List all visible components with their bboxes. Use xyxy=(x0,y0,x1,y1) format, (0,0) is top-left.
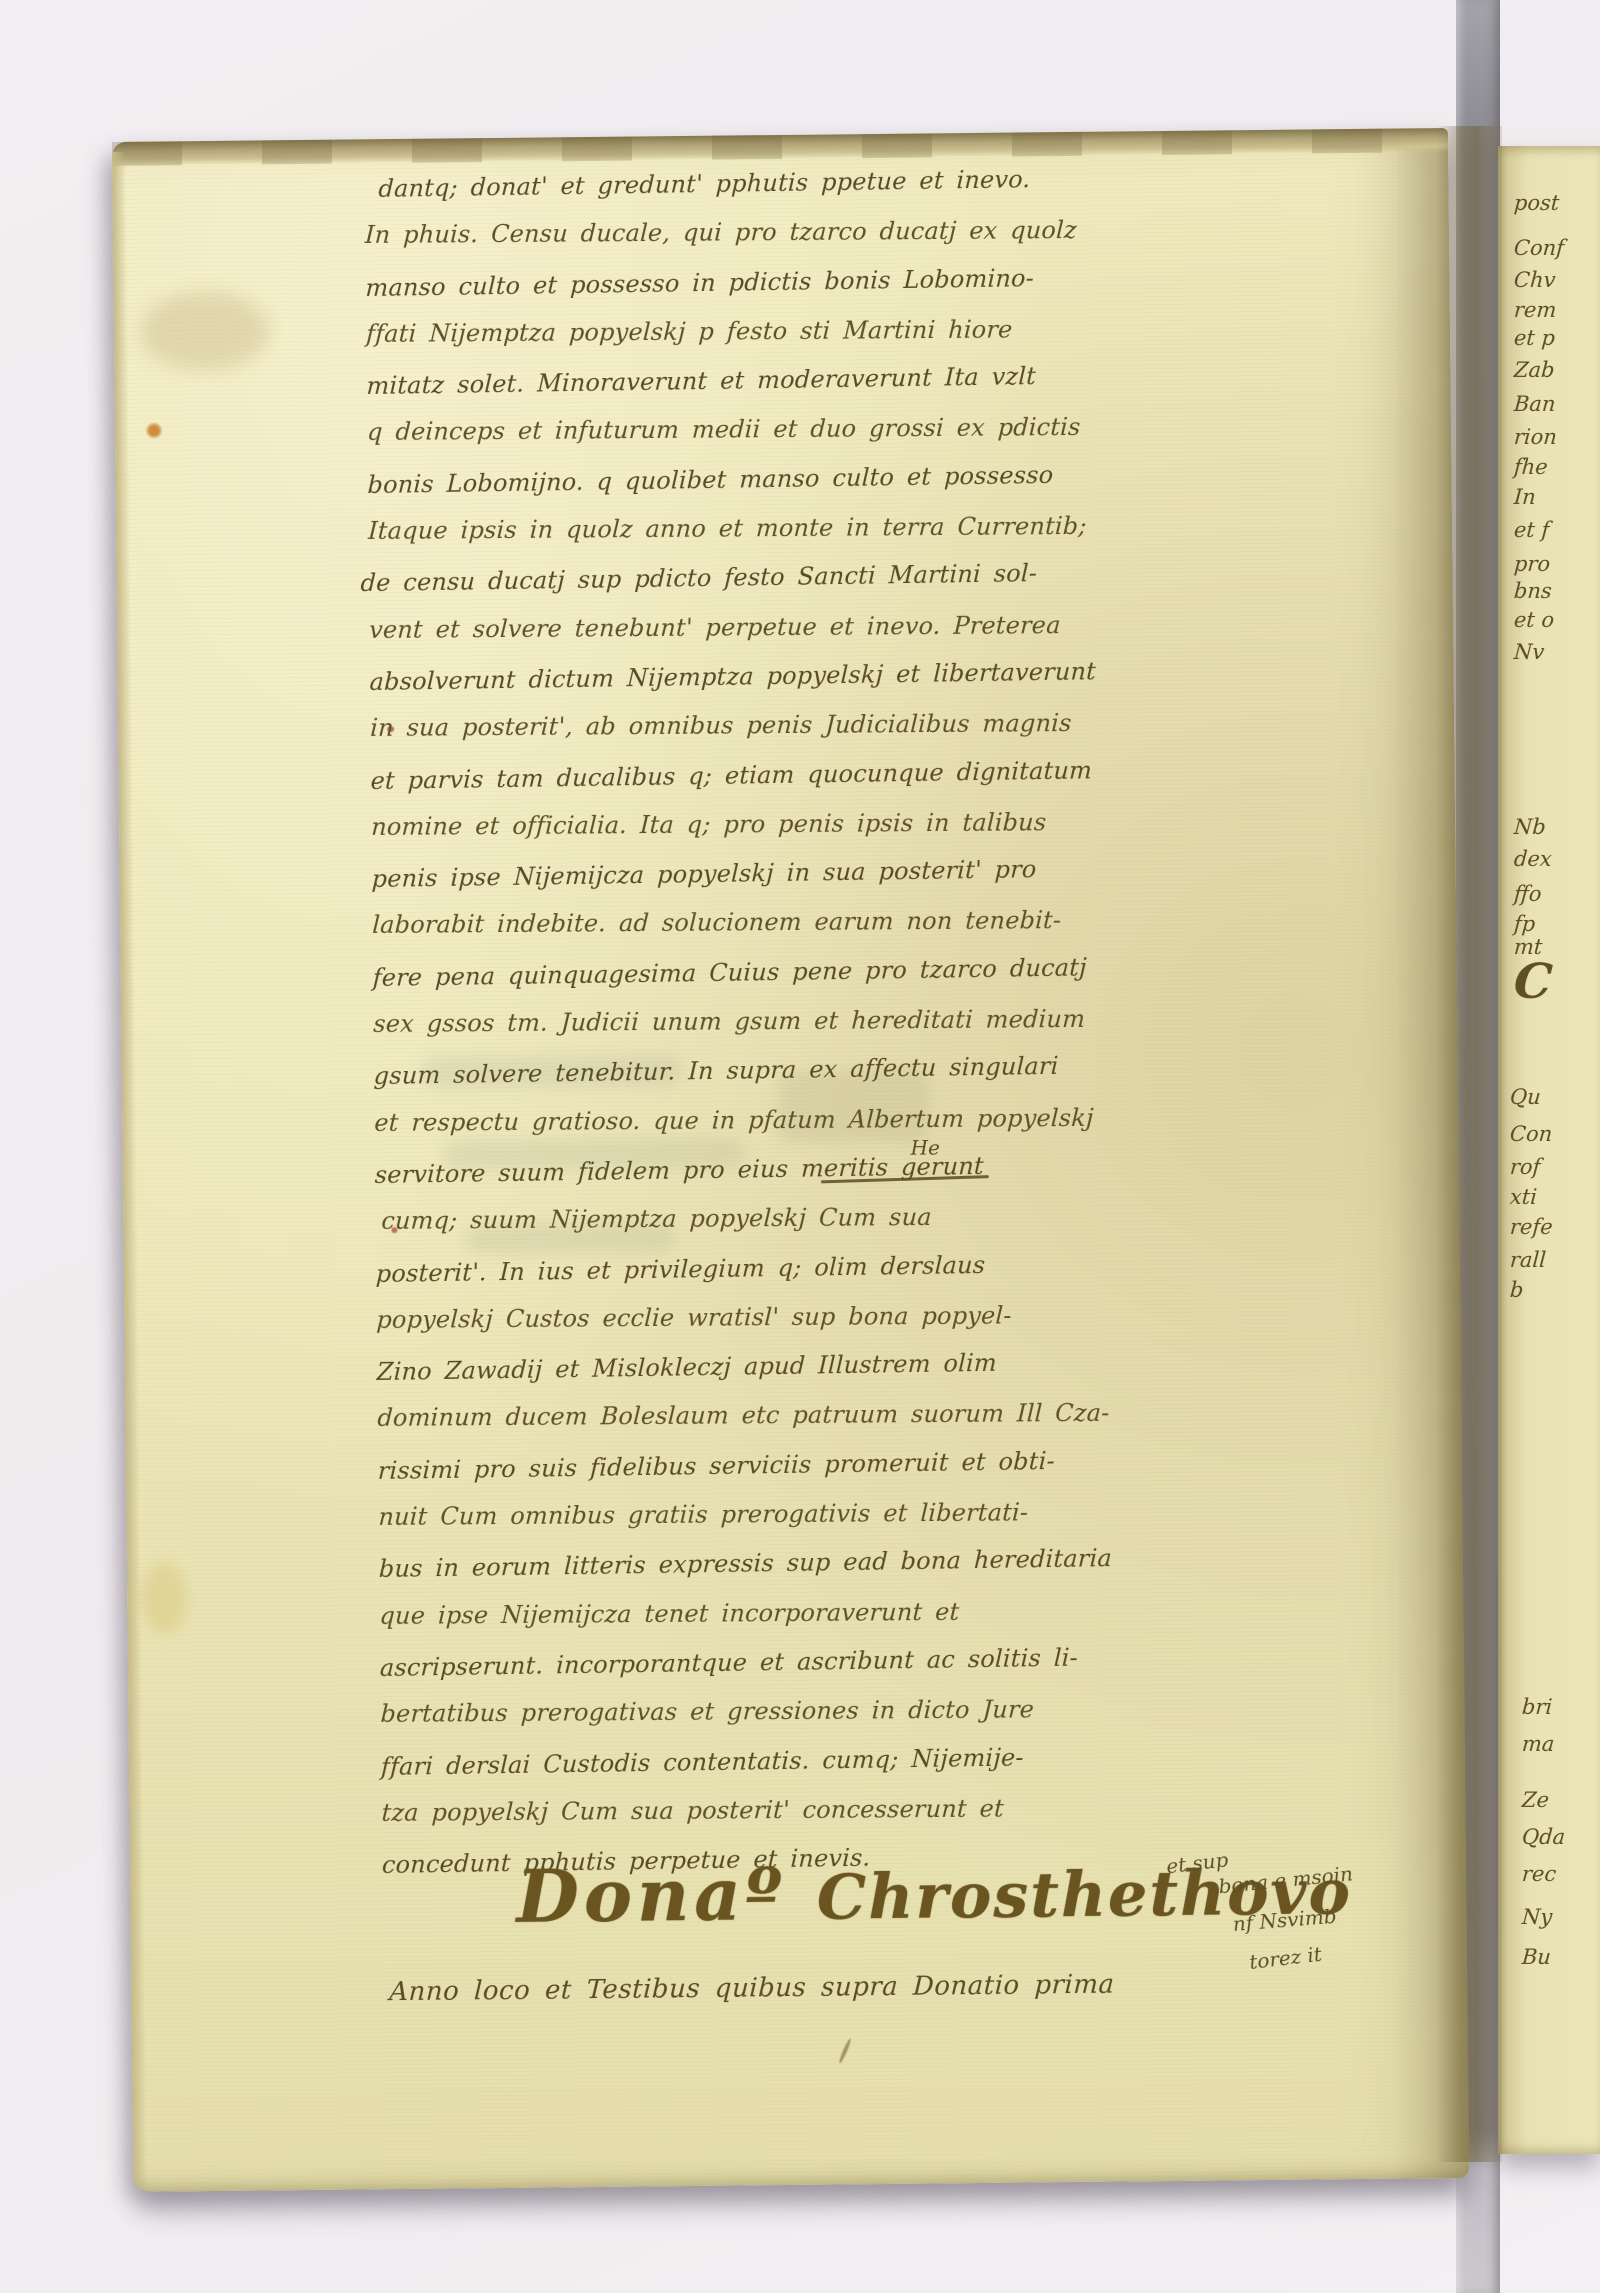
text-fragment: b xyxy=(1509,1278,1524,1302)
initial-letter: C xyxy=(1512,954,1554,1010)
manuscript-line: laborabit indebite. ad solucionem earum … xyxy=(371,896,1153,951)
manuscript-line: fere pena quinquagesima Cuius pene pro t… xyxy=(372,942,1154,1003)
text-fragment: Zab xyxy=(1513,358,1555,382)
manuscript-line: manso culto et possesso in pdictis bonis… xyxy=(365,252,1147,313)
text-fragment: ffo xyxy=(1513,882,1542,906)
text-fragment: et o xyxy=(1513,608,1555,632)
text-fragment: fhe xyxy=(1513,455,1548,479)
manuscript-line: ffati Nijemptza popyelskj p festo sti Ma… xyxy=(365,304,1147,359)
ink-stain xyxy=(140,290,271,371)
manuscript-line: de censu ducatj sup pdicto festo Sancti … xyxy=(360,548,1150,609)
manuscript-line: sex gssos tm. Judicii unum gsum et hered… xyxy=(372,995,1154,1050)
manuscript-line: Itaque ipsis in quolz anno et monte in t… xyxy=(367,502,1149,557)
manuscript-line: ffari derslai Custodis contentatis. cumq… xyxy=(380,1731,1162,1792)
text-fragment: rion xyxy=(1513,425,1558,449)
text-fragment: Nv xyxy=(1513,640,1545,664)
text-fragment: bns xyxy=(1513,579,1552,603)
manuscript-line: gsum solvere tenebitur. In supra ex affe… xyxy=(373,1041,1155,1102)
manuscript-left-page: dantq; donat' et gredunt' pphutis ppetue… xyxy=(112,128,1469,2192)
text-fragment: dex xyxy=(1513,847,1552,871)
manuscript-line: bertatibus prerogativas et gressiones in… xyxy=(379,1685,1161,1740)
text-fragment: rof xyxy=(1509,1155,1541,1179)
text-fragment: Bu xyxy=(1521,1945,1552,1969)
marginal-note: torez it xyxy=(1248,1942,1323,1974)
inline-correction-mark: He xyxy=(910,1135,940,1159)
manuscript-line: popyelskj Custos ecclie wratisl' sup bon… xyxy=(375,1290,1157,1345)
manuscript-line: bus in eorum litteris expressis sup ead … xyxy=(378,1534,1160,1595)
text-fragment: rec xyxy=(1521,1862,1557,1886)
manuscript-line: rissimi pro suis fidelibus serviciis pro… xyxy=(377,1435,1159,1496)
text-fragment: Qda xyxy=(1521,1825,1566,1849)
text-fragment: et p xyxy=(1513,326,1556,350)
text-fragment: Ze xyxy=(1521,1788,1550,1812)
text-fragment: Qu xyxy=(1509,1085,1541,1109)
manuscript-line: tza popyelskj Cum sua posterit' concesse… xyxy=(380,1783,1162,1838)
manuscript-line: In phuis. Censu ducale, qui pro tzarco d… xyxy=(364,206,1146,261)
manuscript-line: et respectu gratioso. que in pfatum Albe… xyxy=(373,1093,1155,1148)
manuscript-line: ascripserunt. incorporantque et ascribun… xyxy=(379,1632,1161,1693)
facing-page: post Conf Chv rem et p Zab Ban rion fhe … xyxy=(1498,146,1600,2154)
text-fragment: In xyxy=(1513,485,1537,509)
heading-word-donatio: Donaº xyxy=(516,1851,787,1939)
text-fragment: Ny xyxy=(1521,1905,1553,1929)
text-fragment: rem xyxy=(1513,298,1557,322)
text-fragment: Con xyxy=(1509,1122,1553,1146)
text-fragment: bri xyxy=(1521,1695,1553,1719)
manuscript-line: et parvis tam ducalibus q; etiam quocunq… xyxy=(370,745,1152,806)
text-fragment: fp xyxy=(1513,912,1536,936)
text-fragment: pro xyxy=(1513,552,1551,576)
page-left-edge xyxy=(112,152,147,2192)
manuscript-line: nomine et officialia. Ita q; pro penis i… xyxy=(370,797,1152,852)
stray-pen-mark xyxy=(838,2038,852,2064)
text-fragment: Ban xyxy=(1513,392,1556,416)
text-fragment: xti xyxy=(1509,1185,1538,1209)
manuscript-line: cumq; suum Nijemptza popyelskj Cum sua xyxy=(380,1192,1156,1247)
manuscript-line: in sua posterit', ab omnibus penis Judic… xyxy=(369,699,1151,754)
manuscript-line: q deinceps et infuturum medii et duo gro… xyxy=(366,403,1148,458)
text-fragment: Conf xyxy=(1513,236,1565,260)
text-fragment: rall xyxy=(1509,1248,1547,1272)
manuscript-text-block: dantq; donat' et gredunt' pphutis ppetue… xyxy=(364,155,1162,1888)
ink-stain xyxy=(145,422,163,438)
manuscript-line: dominum ducem Boleslaum etc patruum suor… xyxy=(376,1389,1158,1444)
ink-stain xyxy=(141,1561,188,1633)
manuscript-line: servitore suum fidelem pro eius meritis … xyxy=(374,1139,1156,1200)
text-fragment: et f xyxy=(1513,518,1550,542)
manuscript-line: dantq; donat' et gredunt' pphutis ppetue… xyxy=(378,154,1146,215)
manuscript-line: que ipse Nijemijcza tenet incorporaverun… xyxy=(378,1586,1160,1641)
manuscript-line: posterit'. In ius et privilegium q; olim… xyxy=(375,1238,1157,1299)
photo-scene: dantq; donat' et gredunt' pphutis ppetue… xyxy=(0,0,1600,2293)
text-fragment: ma xyxy=(1521,1732,1555,1756)
manuscript-line: absolverunt dictum Nijemptza popyelskj e… xyxy=(369,646,1151,707)
manuscript-line: nuit Cum omnibus gratiis prerogativis et… xyxy=(377,1487,1159,1542)
text-fragment: post xyxy=(1513,191,1560,215)
text-fragment: Chv xyxy=(1513,268,1556,292)
manuscript-line: bonis Lobomijno. q quolibet manso culto … xyxy=(367,449,1149,510)
manuscript-line: vent et solvere tenebunt' perpetue et in… xyxy=(368,600,1150,655)
text-fragment: refe xyxy=(1509,1215,1553,1239)
closing-line: Anno loco et Testibus quibus supra Donat… xyxy=(389,1970,1115,2008)
manuscript-line: Zino Zawadij et Mislokleczj apud Illustr… xyxy=(376,1337,1158,1398)
text-fragment: Nb xyxy=(1513,815,1547,839)
